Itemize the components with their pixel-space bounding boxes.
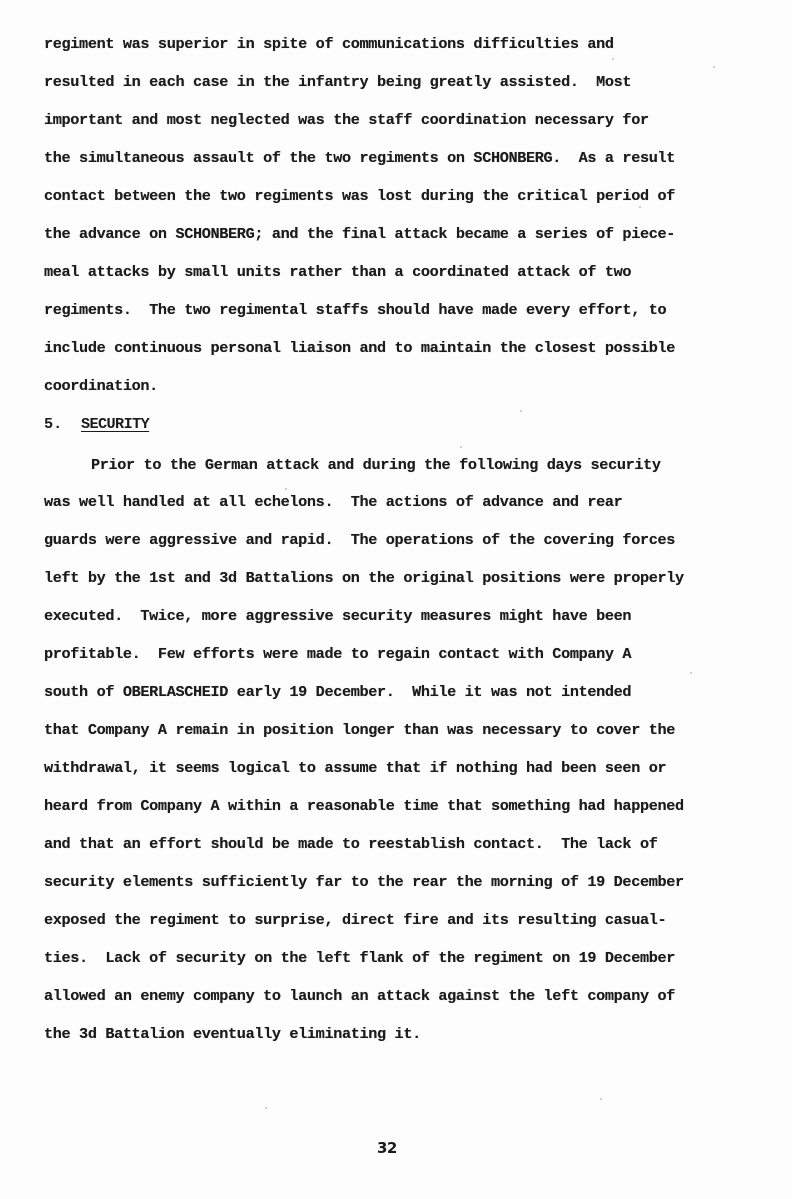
- text-line: was well handled at all echelons. The ac…: [44, 492, 622, 512]
- text-line: the 3d Battalion eventually eliminating …: [44, 1024, 421, 1044]
- text-line: resulted in each case in the infantry be…: [44, 72, 631, 92]
- document-page: regiment was superior in spite of commun…: [0, 0, 792, 1199]
- section-title: SECURITY: [81, 414, 149, 434]
- text-line: contact between the two regiments was lo…: [44, 186, 675, 206]
- text-line: ties. Lack of security on the left flank…: [44, 948, 675, 968]
- text-line: heard from Company A within a reasonable…: [44, 796, 684, 816]
- text-line: coordination.: [44, 376, 158, 396]
- text-line: meal attacks by small units rather than …: [44, 262, 631, 282]
- section-number: 5.: [44, 414, 62, 434]
- text-line: the advance on SCHONBERG; and the final …: [44, 224, 675, 244]
- text-line: withdrawal, it seems logical to assume t…: [44, 758, 666, 778]
- scan-speck: [612, 58, 614, 60]
- text-line: profitable. Few efforts were made to reg…: [44, 644, 631, 664]
- text-line: that Company A remain in position longer…: [44, 720, 675, 740]
- text-line: allowed an enemy company to launch an at…: [44, 986, 675, 1006]
- scan-speck: [520, 410, 522, 412]
- scan-speck: [285, 488, 287, 490]
- text-line: left by the 1st and 3d Battalions on the…: [44, 568, 684, 588]
- text-line: guards were aggressive and rapid. The op…: [44, 530, 675, 550]
- text-line: and that an effort should be made to ree…: [44, 834, 657, 854]
- text-line: the simultaneous assault of the two regi…: [44, 148, 675, 168]
- page-number: 32: [377, 1138, 397, 1158]
- text-line: south of OBERLASCHEID early 19 December.…: [44, 682, 631, 702]
- text-line: Prior to the German attack and during th…: [91, 455, 661, 475]
- text-line: exposed the regiment to surprise, direct…: [44, 910, 666, 930]
- scan-speck: [460, 446, 462, 448]
- scan-speck: [690, 672, 692, 674]
- text-line: security elements sufficiently far to th…: [44, 872, 684, 892]
- scan-speck: [713, 66, 715, 68]
- text-line: include continuous personal liaison and …: [44, 338, 675, 358]
- scan-speck: [639, 206, 641, 208]
- scan-speck: [600, 1098, 602, 1100]
- scan-speck: [265, 1107, 267, 1109]
- text-line: regiments. The two regimental staffs sho…: [44, 300, 666, 320]
- text-line: important and most neglected was the sta…: [44, 110, 649, 130]
- text-line: regiment was superior in spite of commun…: [44, 34, 614, 54]
- text-line: executed. Twice, more aggressive securit…: [44, 606, 631, 626]
